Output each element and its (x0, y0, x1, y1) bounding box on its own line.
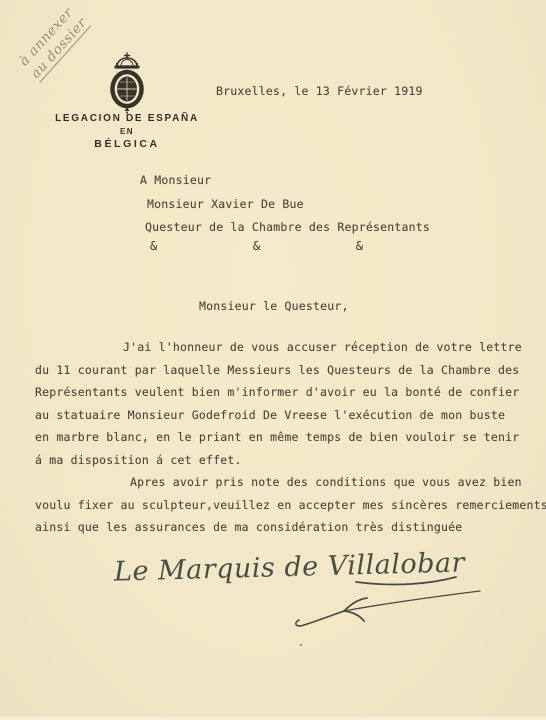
date-line: Bruxelles, le 13 Février 1919 (216, 84, 423, 98)
body-paragraph-1: J'ai l'honneur de vous accuser réception… (35, 336, 540, 472)
recipient-line2: Monsieur Xavier De Bue (147, 197, 304, 211)
body-line: du 11 courant par laquelle Messieurs les… (35, 359, 540, 382)
letter-page: à annexer au dossier LEGACION (0, 0, 546, 720)
ampersand: & (150, 239, 157, 253)
body-line: voulu fixer au sculpteur,veuillez en acc… (35, 494, 540, 517)
body-line: ainsi que les assurances de ma considéra… (35, 516, 540, 539)
letterhead-org-line2: EN (37, 127, 217, 136)
letterhead: LEGACION DE ESPAÑA EN BÉLGICA (37, 113, 217, 150)
spanish-royal-crest-icon (103, 52, 151, 114)
letterhead-org-line3: BÉLGICA (37, 138, 217, 150)
body-line: Apres avoir pris note des conditions que… (35, 471, 540, 494)
body-line: Représentants veulent bien m'informer d'… (35, 381, 540, 404)
body-line: en marbre blanc, en le priant en même te… (35, 426, 540, 449)
pencil-annotation: à annexer au dossier (0, 0, 109, 103)
recipient-line1: A Monsieur (140, 173, 211, 187)
signature-handwriting: Le Marquis de Villalobar (114, 547, 466, 587)
body-paragraph-2: Apres avoir pris note des conditions que… (35, 471, 540, 539)
body-line: au statuaire Monsieur Godefroid De Vrees… (35, 404, 540, 427)
recipient-ampersand-row: & & & (150, 239, 363, 253)
recipient-line3: Questeur de la Chambre des Représentants (145, 220, 430, 234)
ampersand: & (356, 239, 363, 253)
body-line: J'ai l'honneur de vous accuser réception… (35, 336, 540, 359)
ampersand: & (253, 239, 260, 253)
body-line: á ma disposition á cet effet. (35, 449, 540, 472)
letterhead-org-line1: LEGACION DE ESPAÑA (37, 113, 217, 124)
salutation: Monsieur le Questeur, (199, 299, 349, 313)
